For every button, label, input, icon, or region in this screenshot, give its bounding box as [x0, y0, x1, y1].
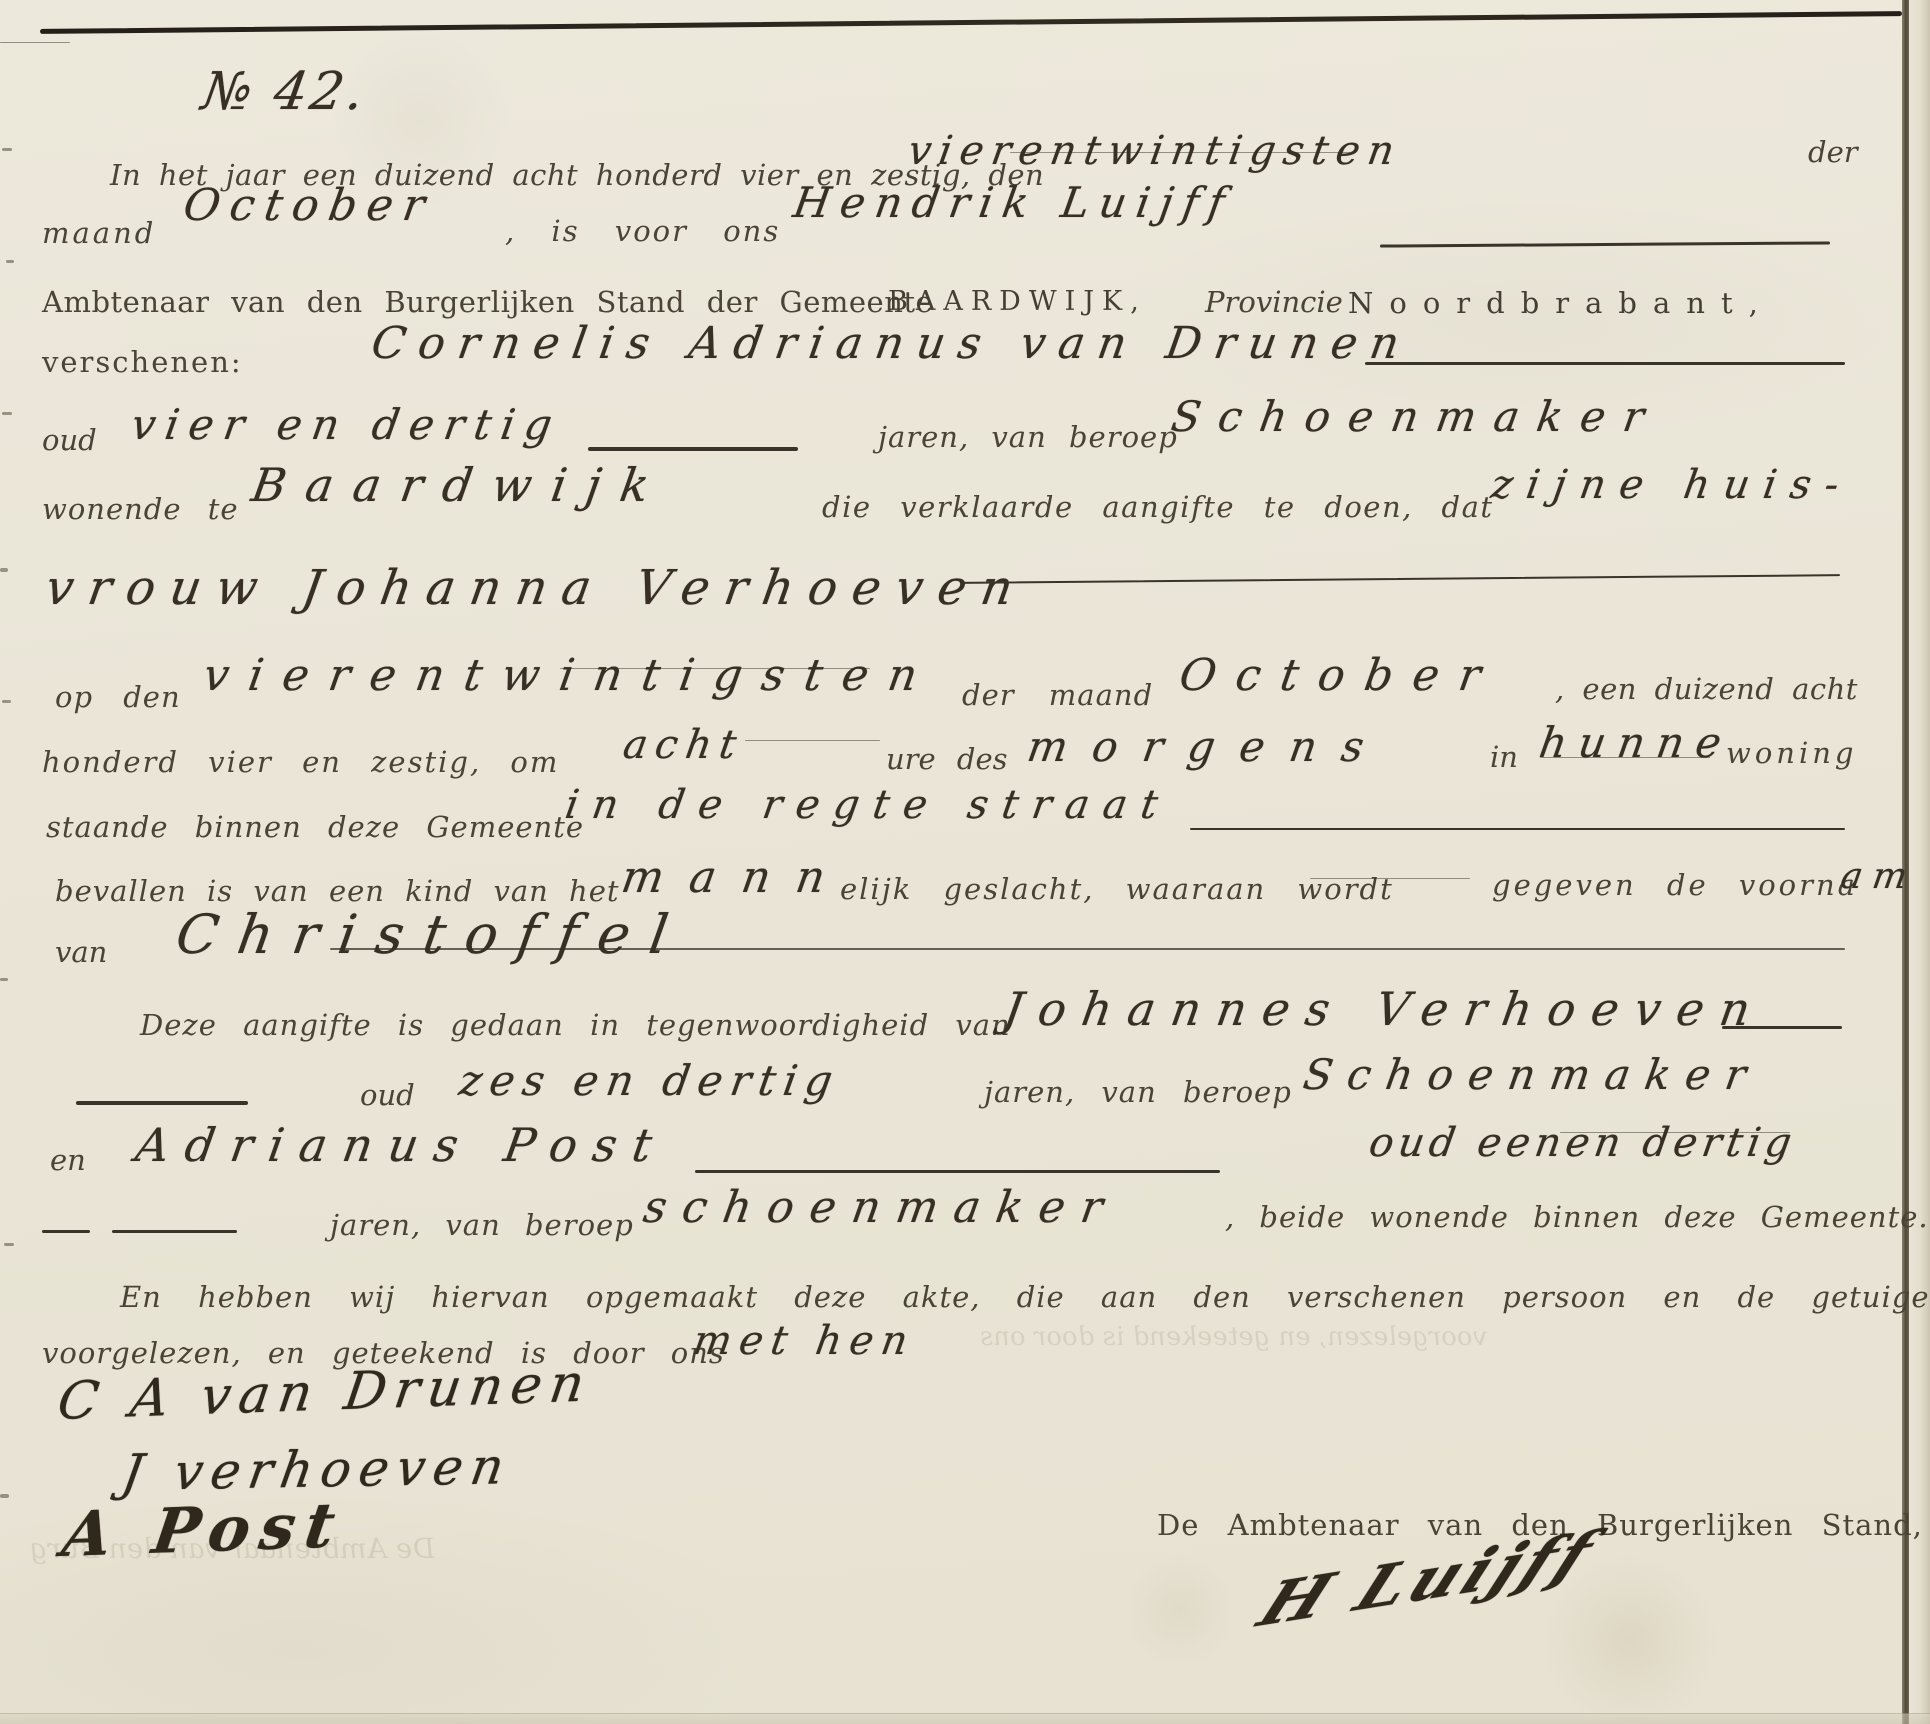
printed-text-year-hour: honderd vier en zestig, om: [42, 745, 559, 779]
printed-text-witness1-occupation-label: jaren, van beroep: [984, 1075, 1292, 1109]
ink-speck: [2, 148, 12, 151]
printed-text-on-day: op den: [55, 680, 181, 714]
entry-birth-hour: acht: [620, 722, 747, 768]
entry-guide-line: [1310, 878, 1470, 879]
printed-text-thousand: , een duizend acht: [1555, 672, 1858, 706]
bleedthrough-text: voorgelezen, en geteekend is door ons: [978, 1322, 1488, 1352]
entry-witness2-occupation: schoenmaker: [640, 1182, 1122, 1233]
entry-guide-line: [745, 740, 880, 741]
entry-child-name: Christoffel: [172, 903, 692, 966]
filler-dash: [112, 1230, 237, 1233]
printed-text-dwelling: woning: [1726, 736, 1857, 770]
entry-declarant-residence: Baardwijk: [248, 458, 673, 512]
printed-text-in: in: [1490, 740, 1518, 774]
printed-text-province-label: Provincie: [1205, 285, 1343, 319]
filler-rule: [695, 1170, 1220, 1173]
entry-month: October: [180, 180, 438, 231]
filler-dash: [76, 1101, 248, 1105]
birth-record-scan: № 42. In het jaar een duizend acht honde…: [0, 0, 1930, 1724]
ink-speck: [2, 412, 12, 415]
entry-name-suffix: am: [1838, 856, 1920, 897]
entry-registrar-name: Hendrik Luijff: [790, 178, 1238, 227]
entry-relation: zijne huis-: [1488, 462, 1856, 508]
filler-rule: [1380, 241, 1830, 247]
printed-text-declaration: die verklaarde aangifte te doen, dat: [822, 490, 1494, 524]
printed-text-standing-in: staande binnen deze Gemeente: [46, 810, 584, 844]
top-rule: [40, 11, 1902, 34]
printed-text-witness-intro: Deze aangifte is gedaan in tegenwoordigh…: [140, 1008, 1011, 1042]
ink-speck: [0, 568, 8, 572]
printed-text-of: van: [55, 935, 107, 969]
entry-witness1-occupation: Schoenmaker: [1300, 1050, 1765, 1099]
printed-text-both-residing: , beide wonende binnen deze Gemeente.: [1225, 1200, 1929, 1234]
signature-witness2: A Post: [58, 1488, 349, 1571]
ink-speck: [4, 1243, 14, 1246]
printed-text-appeared: verschenen:: [42, 345, 243, 379]
printed-text-der: der: [1808, 135, 1858, 169]
entry-child-gender: mann: [618, 852, 855, 903]
entry-witness2-age: oud eenen dertig: [1366, 1120, 1800, 1166]
entry-witness1-name: Johannes Verhoeven: [1000, 982, 1770, 1036]
entry-witness1-age: zes en dertig: [456, 1056, 844, 1105]
entry-signed-with: met hen: [690, 1318, 919, 1364]
printed-text-and: en: [50, 1143, 86, 1177]
filler-rule: [960, 574, 1840, 584]
entry-declarant-name: Cornelis Adrianus van Drunen: [368, 318, 1416, 369]
entry-birth-daypart: morgens: [1024, 722, 1392, 771]
page-bottom-edge: [0, 1713, 1930, 1724]
ink-speck: [0, 1494, 9, 1498]
printed-text-residence-label: wonende te: [42, 492, 239, 526]
printed-text-hour-label: ure des: [886, 742, 1008, 776]
entry-witness2-name: Adrianus Post: [132, 1118, 672, 1172]
entry-day-of-month: vierentwintigsten: [905, 128, 1405, 174]
printed-text-given-name: gegeven de voorna: [1492, 868, 1858, 902]
entry-declarant-age: vier en dertig: [128, 400, 565, 449]
filler-dash: [1722, 1026, 1842, 1029]
ink-speck: [0, 978, 8, 981]
entry-birth-day: vierentwintigsten: [200, 650, 941, 701]
entry-dwelling-possessive: hunne: [1536, 718, 1737, 767]
filler-dash: [42, 1230, 90, 1233]
filler-rule: [1190, 828, 1845, 830]
printed-text-before-registrar: , is voor ons: [505, 214, 780, 248]
printed-text-occupation-label: jaren, van beroep: [878, 420, 1178, 454]
top-rule-fragment: [0, 42, 70, 43]
entry-mother-name: vrouw Johanna Verhoeven: [42, 560, 1032, 616]
act-number: № 42.: [198, 62, 371, 122]
printed-text-registrar-title: Ambtenaar van den Burgerlijken Stand der…: [42, 285, 933, 319]
printed-text-witness2-occupation-label: jaren, van beroep: [330, 1208, 634, 1242]
entry-birth-month: October: [1176, 650, 1504, 701]
municipality-name: BAARDWIJK,: [888, 286, 1147, 317]
filler-rule: [1365, 362, 1845, 365]
printed-text-of-month: der maand: [962, 678, 1153, 712]
printed-text-month-label: maand: [42, 216, 156, 250]
entry-declarant-occupation: Schoenmaker: [1168, 392, 1666, 441]
ink-speck: [6, 260, 14, 263]
province-name: Noordbrabant,: [1348, 286, 1774, 320]
ink-speck: [2, 700, 11, 703]
printed-text-closing: En hebben wij hiervan opgemaakt deze akt…: [120, 1280, 1930, 1314]
entry-birth-address: in de regte straat: [562, 782, 1175, 828]
printed-text-witness1-age-label: oud: [360, 1078, 415, 1112]
filler-dash: [588, 447, 798, 451]
printed-text-age-label: oud: [42, 423, 97, 457]
